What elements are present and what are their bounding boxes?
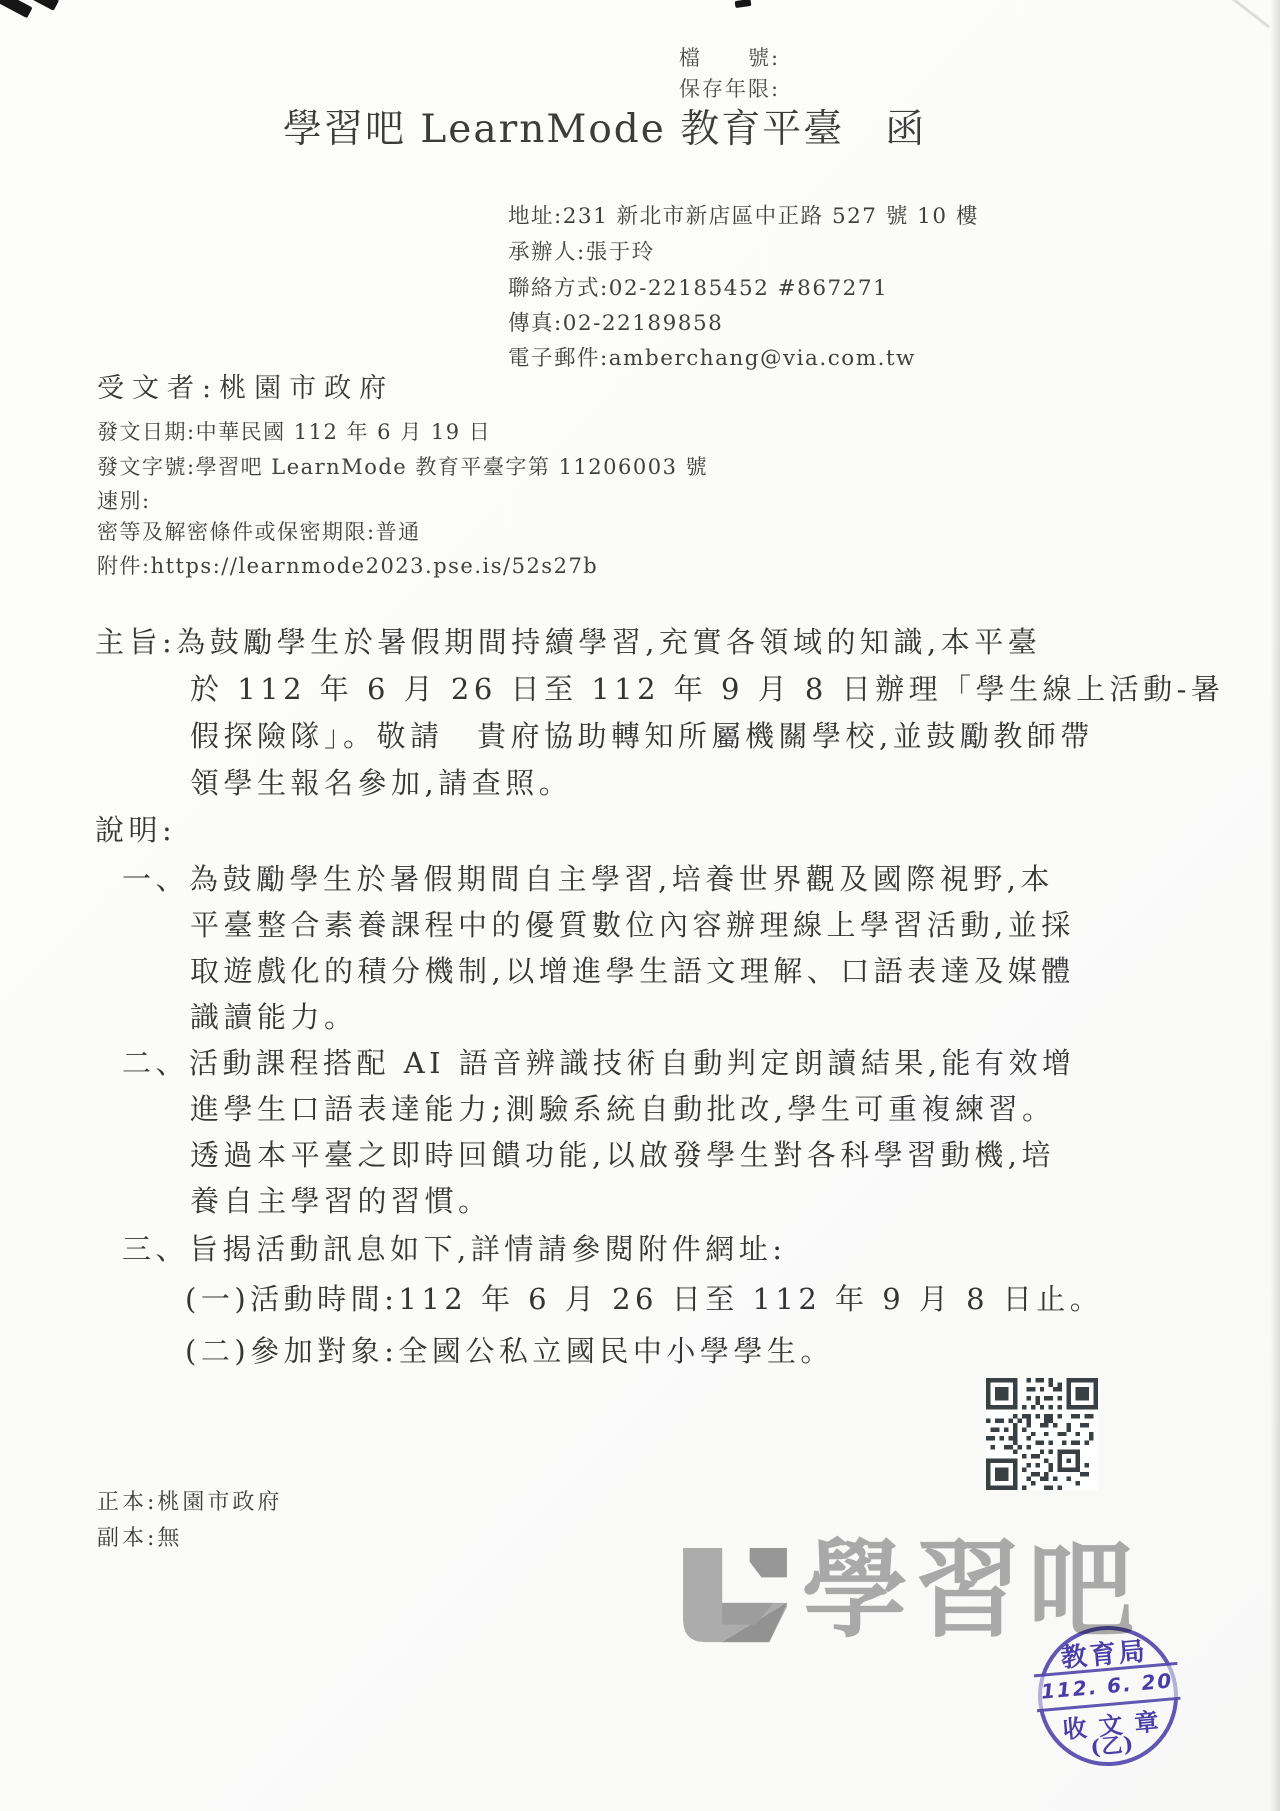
- subject-line: 假探險隊」。敬請 貴府協助轉知所屬機關學校,並鼓勵教師帶: [190, 718, 1094, 754]
- priority-line: 速別:: [97, 488, 151, 514]
- subject-line: 主旨:為鼓勵學生於暑假期間持續學習,充實各領域的知識,本平臺: [95, 624, 1041, 660]
- item-line: 三、旨揭活動訊息如下,詳情請參閱附件網址:: [122, 1231, 787, 1267]
- qr-code: [986, 1378, 1098, 1490]
- scan-artifact: [1270, 0, 1280, 1811]
- item-line: 二、活動課程搭配 AI 語音辨識技術自動判定朗讀結果,能有效增: [122, 1045, 1076, 1081]
- explanation-label: 說明:: [95, 812, 176, 848]
- attachment-line: 附件:https://learnmode2023.pse.is/52s27b: [97, 553, 598, 579]
- item-line: 透過本平臺之即時回饋功能,以啟發學生對各科學習動機,培: [190, 1137, 1055, 1173]
- copy-cc-line: 副本:無: [97, 1525, 182, 1553]
- document-title: 學習吧 LearnMode 教育平臺 函: [283, 106, 926, 155]
- sender-address: 地址:231 新北市新店區中正路 527 號 10 樓: [508, 204, 979, 231]
- item-line: 養自主學習的習慣。: [190, 1183, 492, 1219]
- stamp-date: 112. 6. 20: [1034, 1668, 1180, 1704]
- issue-date-line: 發文日期:中華民國 112 年 6 月 19 日: [97, 419, 491, 445]
- recipient-line: 受文者:桃園市政府: [97, 372, 394, 406]
- sender-contact-person: 承辦人:張于玲: [508, 240, 655, 267]
- copy-original-line: 正本:桃園市政府: [97, 1489, 282, 1517]
- scan-artifact: [0, 0, 33, 18]
- item-line: 平臺整合素養課程中的優質數位內容辦理線上學習活動,並採: [190, 907, 1075, 943]
- scan-artifact: [1218, 0, 1270, 28]
- learnmode-logo-icon: [675, 1548, 793, 1646]
- item-line: 取遊戲化的積分機制,以增進學生語文理解、口語表達及媒體: [190, 953, 1075, 989]
- security-line: 密等及解密條件或保密期限:普通: [97, 519, 421, 545]
- sender-email: 電子郵件:amberchang@via.com.tw: [508, 346, 916, 373]
- sender-phone: 聯絡方式:02-22185452 #867271: [508, 276, 888, 303]
- item-line: 一、為鼓勵學生於暑假期間自主學習,培養世界觀及國際視野,本: [122, 861, 1054, 897]
- item-line: (二)參加對象:全國公私立國民中小學學生。: [185, 1333, 834, 1369]
- received-stamp: 教育局 112. 6. 20 收文章 (乙): [1032, 1620, 1184, 1772]
- scan-artifact: [735, 0, 752, 8]
- doc-number-line: 發文字號:學習吧 LearnMode 教育平臺字第 11206003 號: [97, 454, 708, 480]
- sender-fax: 傳真:02-22189858: [508, 311, 723, 338]
- retention-period-label: 保存年限:: [679, 76, 780, 102]
- item-line: (一)活動時間:112 年 6 月 26 日至 112 年 9 月 8 日止。: [185, 1281, 1103, 1317]
- item-line: 識讀能力。: [190, 999, 358, 1035]
- subject-line: 於 112 年 6 月 26 日至 112 年 9 月 8 日辦理「學生線上活動…: [190, 671, 1224, 707]
- file-number-label: 檔 號:: [679, 45, 780, 71]
- item-line: 進學生口語表達能力;測驗系統自動批改,學生可重複練習。: [190, 1091, 1056, 1127]
- scanned-letter-page: 檔 號: 保存年限: 學習吧 LearnMode 教育平臺 函 地址:231 新…: [0, 0, 1280, 1811]
- subject-line: 領學生報名參加,請查照。: [190, 765, 572, 801]
- scan-artifact: [29, 0, 59, 11]
